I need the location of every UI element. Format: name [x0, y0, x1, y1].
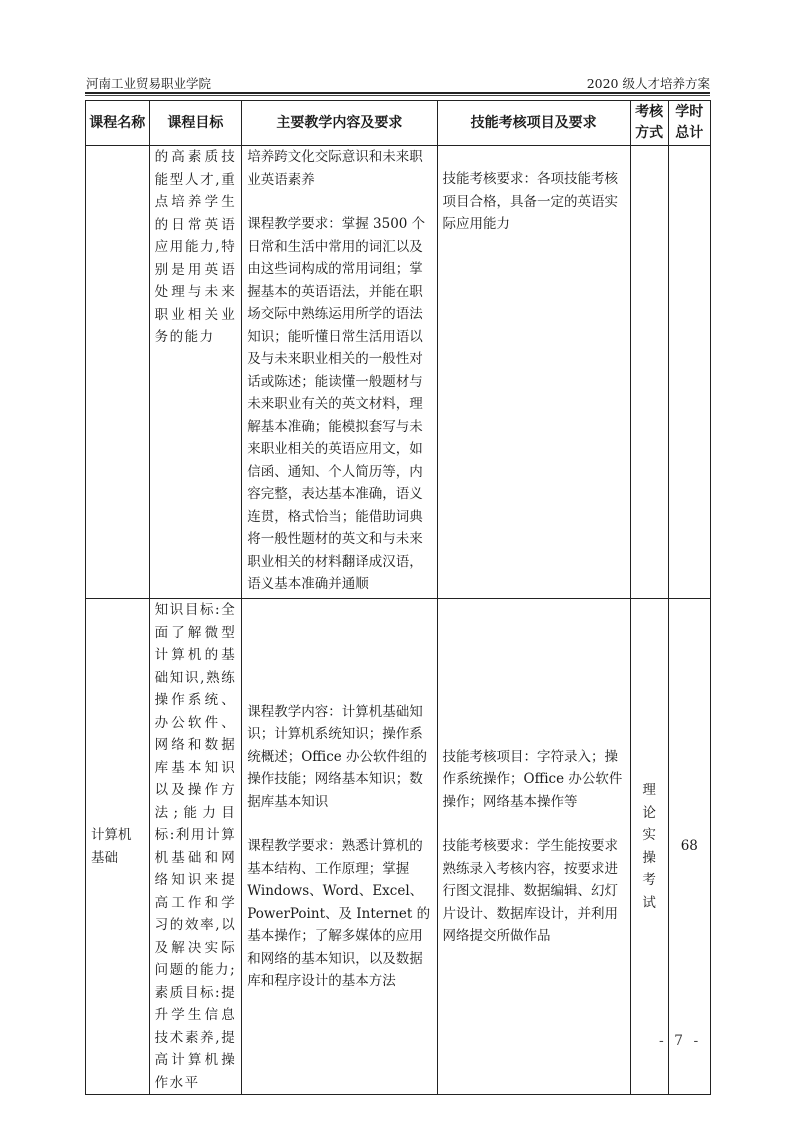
- skill-requirements: 技能考核要求：各项技能考核项目合格，具备一定的英语实际应用能力: [443, 168, 625, 236]
- exam-method-header-line2: 方式: [634, 123, 665, 144]
- column-header-total-hours: 学时 总计: [668, 101, 710, 146]
- cell-total-hours: 68: [668, 599, 710, 1095]
- header-document-title: 2020 级人才培养方案: [587, 74, 710, 92]
- exam-method-line: 考试: [636, 869, 663, 914]
- page-number: - 7 -: [659, 1033, 701, 1049]
- cell-content: 课程教学内容：计算机基础知识；计算机系统知识；操作系统概述；Office 办公软…: [242, 599, 437, 1095]
- header-institution: 河南工业贸易职业学院: [86, 74, 211, 92]
- total-hours-header-line2: 总计: [672, 123, 707, 144]
- content-intro: 课程教学内容：计算机基础知识；计算机系统知识；操作系统概述；Office 办公软…: [247, 701, 431, 814]
- spacer: [247, 813, 431, 835]
- column-header-content: 主要教学内容及要求: [242, 101, 437, 146]
- table-row: 计算机基础 知识目标:全面了解微型计算机的基础知识,熟练操作系统、办公软件、网络…: [86, 599, 711, 1095]
- table-header-row: 课程名称 课程目标 主要教学内容及要求 技能考核项目及要求 考核 方式 学时 总…: [86, 101, 711, 146]
- header-rule: [85, 92, 710, 94]
- exam-method-line: 理论: [636, 779, 663, 824]
- cell-course-goal: 知识目标:全面了解微型计算机的基础知识,熟练操作系统、办公软件、网络和数据库基本…: [149, 599, 242, 1095]
- column-header-course-goal: 课程目标: [149, 101, 242, 146]
- total-hours-header-line1: 学时: [672, 102, 707, 123]
- skill-items: 技能考核项目：字符录入；操作系统操作；Office 办公软件操作；网络基本操作等: [443, 746, 625, 814]
- cell-course-goal: 的高素质技能型人才,重点培养学生的日常英语应用能力,特别是用英语处理与未来职业相…: [149, 146, 242, 599]
- cell-course-name: [86, 146, 150, 599]
- cell-skill-assessment: 技能考核项目：字符录入；操作系统操作；Office 办公软件操作；网络基本操作等…: [437, 599, 630, 1095]
- spacer: [443, 813, 625, 835]
- spacer: [247, 191, 431, 213]
- column-header-exam-method: 考核 方式: [630, 101, 668, 146]
- cell-content: 培养跨文化交际意识和未来职业英语素养 课程教学要求：掌握 3500 个日常和生活…: [242, 146, 437, 599]
- cell-exam-method: [630, 146, 668, 599]
- exam-method-header-line1: 考核: [634, 102, 665, 123]
- content-requirements: 课程教学要求：熟悉计算机的基本结构、工作原理；掌握 Windows、Word、E…: [247, 835, 431, 993]
- cell-exam-method: 理论 实操 考试: [630, 599, 668, 1095]
- skill-requirements: 技能考核要求：学生能按要求熟练录入考核内容，按要求进行图文混排、数据编辑、幻灯片…: [443, 835, 625, 948]
- curriculum-table: 课程名称 课程目标 主要教学内容及要求 技能考核项目及要求 考核 方式 学时 总…: [85, 100, 711, 1095]
- cell-total-hours: [668, 146, 710, 599]
- column-header-course-name: 课程名称: [86, 101, 150, 146]
- content-requirements: 课程教学要求：掌握 3500 个日常和生活中常用的词汇以及由这些词构成的常用词组…: [247, 213, 431, 596]
- header-rule-thin: [85, 95, 710, 96]
- table-row: 的高素质技能型人才,重点培养学生的日常英语应用能力,特别是用英语处理与未来职业相…: [86, 146, 711, 599]
- content-intro: 培养跨文化交际意识和未来职业英语素养: [247, 146, 431, 191]
- exam-method-line: 实操: [636, 824, 663, 869]
- column-header-skill-assessment: 技能考核项目及要求: [437, 101, 630, 146]
- cell-course-name: 计算机基础: [86, 599, 150, 1095]
- spacer: [443, 146, 625, 168]
- cell-skill-assessment: 技能考核要求：各项技能考核项目合格，具备一定的英语实际应用能力: [437, 146, 630, 599]
